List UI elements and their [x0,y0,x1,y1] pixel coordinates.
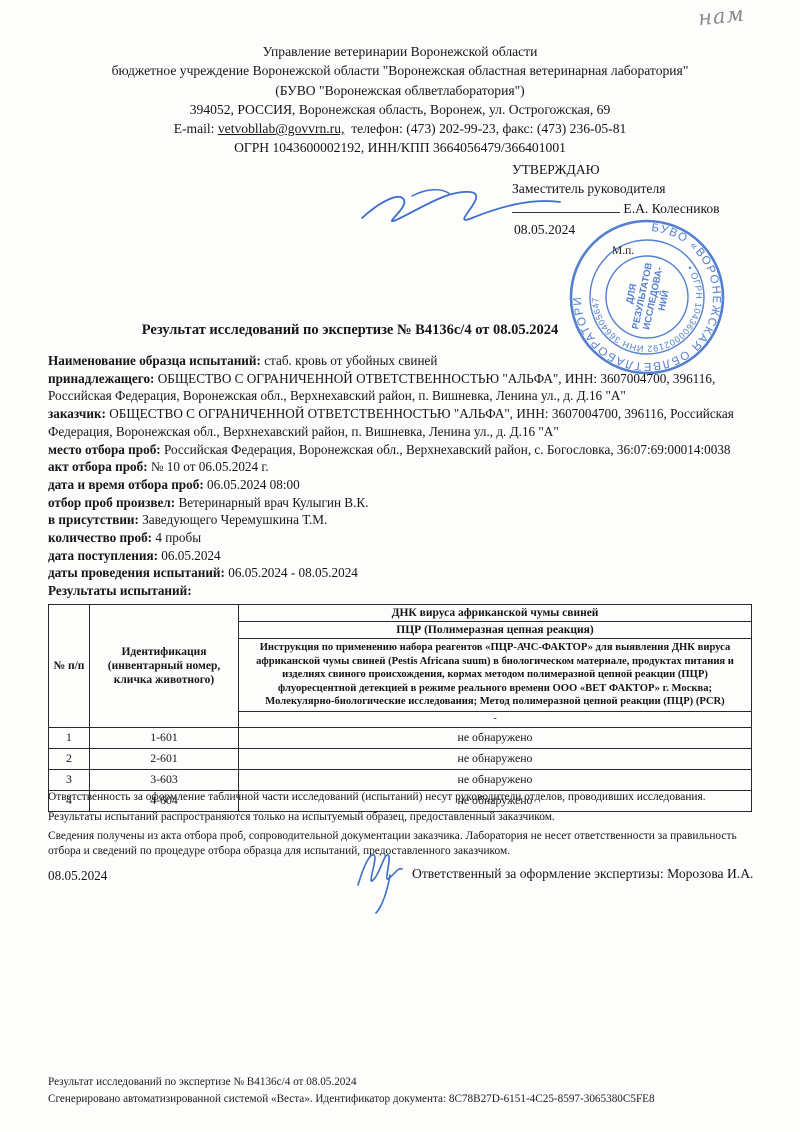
responsible-signature [340,845,415,915]
instruction-cell: Инструкция по применению набора реагенто… [239,639,752,712]
row-number: 2 [49,748,90,769]
field-value: ОБЩЕСТВО С ОГРАНИЧЕННОЙ ОТВЕТСТВЕННОСТЬЮ… [48,406,734,439]
result-value: не обнаружено [239,727,752,748]
approve-label: УТВЕРЖДАЮ [512,160,772,179]
note-line: Результаты испытаний распространяются то… [48,810,754,825]
detail-line: принадлежащего: ОБЩЕСТВО С ОГРАНИЧЕННОЙ … [48,370,756,405]
detail-line: акт отбора проб: № 10 от 06.05.2024 г. [48,458,756,476]
detail-line: Результаты испытаний: [48,582,756,600]
detail-line: отбор проб произвел: Ветеринарный врач К… [48,494,756,512]
document-title: Результат исследований по экспертизе № В… [0,322,700,339]
field-label: даты проведения испытаний: [48,565,225,580]
field-label: дата поступления: [48,548,158,563]
letterhead: Управление ветеринарии Воронежской облас… [48,42,752,158]
field-label: акт отбора проб: [48,459,148,474]
detail-line: Наименование образца испытаний: стаб. кр… [48,352,756,370]
row-number: 1 [49,727,90,748]
sample-id: 1-601 [90,727,239,748]
row-number: 3 [49,769,90,790]
sample-details: Наименование образца испытаний: стаб. кр… [48,352,756,600]
field-value: стаб. кровь от убойных свиней [264,353,437,368]
detail-line: дата и время отбора проб: 06.05.2024 08:… [48,476,756,494]
field-label: в присутствии: [48,512,139,527]
result-value: не обнаружено [239,748,752,769]
field-label: Результаты испытаний: [48,583,192,598]
org-name-line1: Управление ветеринарии Воронежской облас… [48,42,752,61]
field-value: 06.05.2024 - 08.05.2024 [228,565,358,580]
org-contacts: E-mail: vetvobllab@govvrn.ru, телефон: (… [48,119,752,138]
org-reg-numbers: ОГРН 1043600002192, ИНН/КПП 3664056479/3… [48,138,752,157]
mp-seal-mark: М.п. [612,245,634,257]
signoff-date: 08.05.2024 [48,868,107,884]
test-name-cell: ДНК вируса африканской чумы свиней [239,605,752,622]
method-cell: ПЦР (Полимеразная цепная реакция) [239,622,752,639]
detail-line: даты проведения испытаний: 06.05.2024 - … [48,564,756,582]
email-label: E-mail: [174,121,215,136]
detail-line: место отбора проб: Российская Федерация,… [48,441,756,459]
field-value: 06.05.2024 [161,548,220,563]
field-value: Российская Федерация, Воронежская обл., … [164,442,731,457]
detail-line: количество проб: 4 пробы [48,529,756,547]
email-value: vetvobllab@govvrn.ru, [218,121,345,136]
detail-line: дата поступления: 06.05.2024 [48,547,756,565]
unit-cell: - [239,711,752,727]
result-value: не обнаружено [239,769,752,790]
field-label: заказчик: [48,406,106,421]
footer-generated-by: Сгенерировано автоматизированной системо… [48,1091,760,1108]
results-table: № п/п Идентификация (инвентарный номер, … [48,604,752,812]
col-header-identification: Идентификация (инвентарный номер, кличка… [90,605,239,728]
footer-expertise-ref: Результат исследований по экспертизе № В… [48,1074,760,1091]
org-name-line2: бюджетное учреждение Воронежской области… [48,61,752,80]
detail-line: в присутствии: Заведующего Черемушкина Т… [48,511,756,529]
col-header-number: № п/п [49,605,90,728]
approver-signature [352,180,567,230]
approver-name: Е.А. Колесников [623,201,719,216]
handwritten-note: нам [697,2,746,31]
table-row: 1 1-601 не обнаружено [49,727,752,748]
field-value: Заведующего Черемушкина Т.М. [142,512,327,527]
table-row: 3 3-603 не обнаружено [49,769,752,790]
field-value: 06.05.2024 08:00 [207,477,300,492]
table-row: 2 2-601 не обнаружено [49,748,752,769]
field-label: количество проб: [48,530,152,545]
note-line: Ответственность за оформление табличной … [48,790,754,805]
phone-fax: телефон: (473) 202-99-23, факс: (473) 23… [351,121,626,136]
page-footer: Результат исследований по экспертизе № В… [48,1074,760,1107]
field-value: 4 пробы [155,530,201,545]
responsible-person: Ответственный за оформление экспертизы: … [412,866,753,882]
detail-line: заказчик: ОБЩЕСТВО С ОГРАНИЧЕННОЙ ОТВЕТС… [48,405,756,440]
field-label: отбор проб произвел: [48,495,175,510]
field-label: принадлежащего: [48,371,154,386]
field-label: дата и время отбора проб: [48,477,204,492]
field-label: Наименование образца испытаний: [48,353,261,368]
org-address: 394052, РОССИЯ, Воронежская область, Вор… [48,100,752,119]
document-page: нам Управление ветеринарии Воронежской о… [0,0,800,1132]
sample-id: 2-601 [90,748,239,769]
sample-id: 3-603 [90,769,239,790]
field-value: № 10 от 06.05.2024 г. [151,459,269,474]
field-value: Ветеринарный врач Кулыгин В.К. [178,495,368,510]
field-label: место отбора проб: [48,442,161,457]
org-name-line3: (БУВО "Воронежская облветлаборатория") [48,81,752,100]
